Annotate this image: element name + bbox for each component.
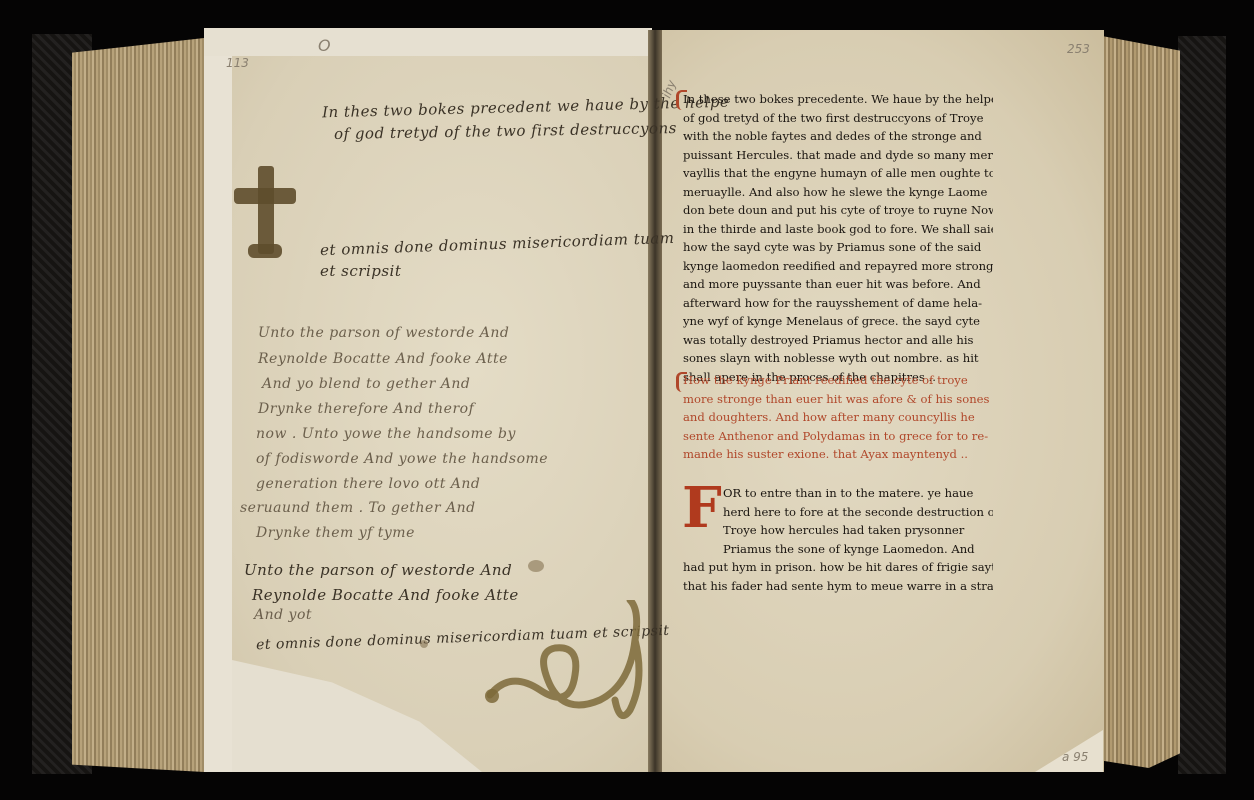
text-line: afterward how for the rauysshement of da… [683, 294, 993, 313]
manuscript-line: Reynolde Bocatte And fooke Atte [252, 586, 519, 604]
chapter-heading-rubric: How the kynge Priant reedified the cyte … [683, 371, 993, 464]
manuscript-line: of fodisworde And yowe the handsome [256, 451, 548, 467]
text-line: Priamus the sone of kynge Laomedon. And [683, 540, 993, 559]
text-line: Troye how hercules had taken prysonner [683, 521, 993, 540]
text-line: was totally destroyed Priamus hector and… [683, 331, 993, 350]
manuscript-line: Unto the parson of westorde And [258, 325, 509, 341]
text-line: vayllis that the engyne humayn of alle m… [683, 164, 993, 183]
text-line: and doughters. And how after many councy… [683, 408, 993, 427]
text-line: meruaylle. And also how he slewe the kyn… [683, 183, 993, 202]
manuscript-line: Reynolde Bocatte And fooke Atte [258, 351, 508, 367]
manuscript-line: Drynke them yf tyme [256, 525, 415, 541]
text-line: don bete doun and put his cyte of troye … [683, 201, 993, 220]
text-line: In these two bokes precedente. We haue b… [683, 90, 993, 109]
text-line: and more puyssante than euer hit was bef… [683, 275, 993, 294]
text-line: puissant Hercules. that made and dyde so… [683, 146, 993, 165]
manuscript-line: And yo blend to gether And [262, 376, 470, 392]
manuscript-line: Drynke therefore And therof [258, 401, 474, 417]
text-line: in the thirde and laste book god to fore… [683, 220, 993, 239]
guard-strip [204, 28, 232, 772]
prologue-text: In these two bokes precedente. We haue b… [683, 90, 993, 386]
text-line: How the kynge Priant reedified the cyte … [683, 371, 993, 390]
text-line: more stronge than euer hit was afore & o… [683, 390, 993, 409]
manuscript-line: And yot [254, 607, 312, 623]
text-line: sente Anthenor and Polydamas in to grece… [683, 427, 993, 446]
page-edges-left [72, 38, 204, 772]
text-line: had put hym in prison. how be hit dares … [683, 558, 993, 577]
text-line: kynge laomedon reedified and repayred mo… [683, 257, 993, 276]
text-line: how the sayd cyte was by Priamus sone of… [683, 238, 993, 257]
manuscript-line: et scripsit [320, 262, 401, 280]
manuscript-line: Unto the parson of westorde And [244, 561, 512, 579]
folio-number: 253 [1067, 42, 1090, 56]
manuscript-line: generation there lovo ott And [256, 476, 480, 492]
book-cover-right [1178, 36, 1226, 774]
ink-blot [528, 560, 544, 572]
chapter-text: OR to entre than in to the matere. ye ha… [683, 484, 993, 595]
corner-mark: a 95 [1062, 750, 1088, 764]
text-line: yne wyf of kynge Menelaus of grece. the … [683, 312, 993, 331]
squiggle-stain-icon [480, 600, 660, 730]
pencil-mark: O [318, 36, 331, 55]
pencil-mark: 113 [226, 56, 249, 70]
repair-strip-top [204, 28, 652, 56]
text-line: herd here to fore at the seconde destruc… [683, 503, 993, 522]
text-line: sones slayn with noblesse wyth out nombr… [683, 349, 993, 368]
cross-stain-icon [234, 166, 300, 262]
manuscript-line: seruaund them . To gether And [240, 500, 476, 516]
text-line: with the noble faytes and dedes of the s… [683, 127, 993, 146]
text-line: mande his suster exione. that Ayax maynt… [683, 445, 993, 464]
text-line: OR to entre than in to the matere. ye ha… [683, 484, 993, 503]
text-line: that his fader had sente hym to meue war… [683, 577, 993, 596]
manuscript-line: now . Unto yowe the handsome by [256, 426, 516, 442]
ink-blot [420, 640, 428, 648]
page-edges-right [1102, 36, 1180, 768]
text-line: of god tretyd of the two first destruccy… [683, 109, 993, 128]
